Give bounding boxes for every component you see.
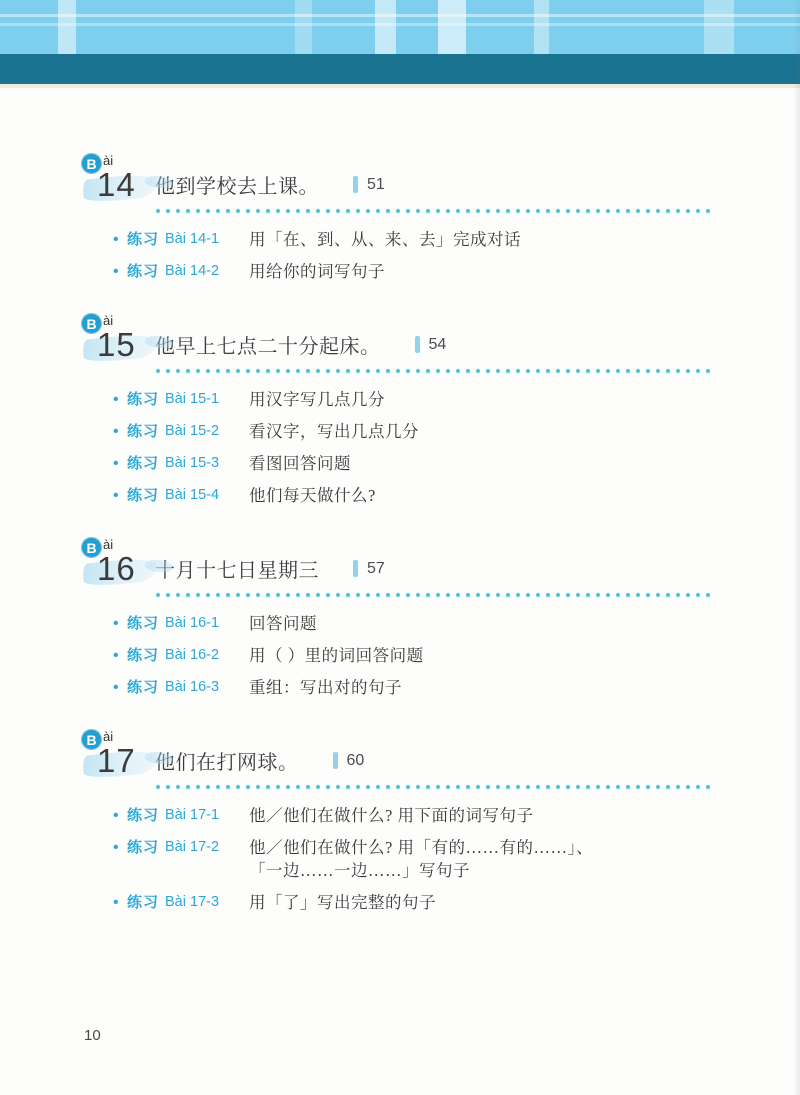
lesson-section: B ài 14 他到学校去上课。 51 • 练习 Bài 14-1 — [80, 153, 800, 283]
exercise-description: 用「了」写出完整的句子 — [249, 891, 436, 914]
exercise-label-cn: 练习 — [127, 452, 159, 475]
exercise-label-cn: 练习 — [127, 644, 159, 667]
exercise-item: • 练习 Bài 15-2 看汉字，写出几点几分 — [113, 420, 800, 443]
lesson-badge-column: B ài 14 — [80, 153, 155, 202]
toc-content: B ài 14 他到学校去上课。 51 • 练习 Bài 14-1 — [0, 88, 800, 914]
lesson-page-number: 51 — [367, 176, 385, 194]
page-marker-bar-icon — [353, 176, 358, 193]
exercise-label-cn: 练习 — [127, 804, 159, 827]
lesson-title-row: 他到学校去上课。 51 — [155, 170, 385, 202]
exercise-label-code: Bài 15-1 — [165, 388, 219, 411]
exercise-label-code: Bài 15-4 — [165, 484, 219, 507]
exercise-label-cn: 练习 — [127, 836, 159, 859]
exercise-label-cn: 练习 — [127, 484, 159, 507]
exercise-label-cn: 练习 — [127, 676, 159, 699]
lesson-number: 15 — [97, 326, 136, 363]
lesson-section: B ài 17 他们在打网球。 60 • 练习 Bài 17-1 — [80, 729, 800, 914]
exercise-description: 用「在、到、从、来、去」完成对话 — [249, 228, 521, 251]
exercise-description: 看图回答问题 — [249, 452, 351, 475]
exercise-item: • 练习 Bài 15-3 看图回答问题 — [113, 452, 800, 475]
exercise-label-cn: 练习 — [127, 891, 159, 914]
exercise-desc-line: 看汉字，写出几点几分 — [249, 420, 419, 443]
lesson-title: 他到学校去上课。 — [155, 170, 319, 199]
lesson-title: 他们在打网球。 — [155, 746, 299, 775]
exercise-label: 练习 Bài 15-2 — [127, 420, 249, 443]
bullet-icon: • — [113, 804, 127, 827]
exercise-list: • 练习 Bài 17-1 他／他们在做什么? 用下面的词写句子 • 练习 Bà… — [113, 804, 800, 914]
lesson-page-ref: 57 — [353, 560, 385, 578]
exercise-label-code: Bài 17-3 — [165, 891, 219, 914]
exercise-label: 练习 Bài 14-2 — [127, 260, 249, 283]
lesson-head: B ài 14 他到学校去上课。 51 — [80, 153, 800, 202]
exercise-description: 用给你的词写句子 — [249, 260, 385, 283]
exercise-item: • 练习 Bài 17-1 他／他们在做什么? 用下面的词写句子 — [113, 804, 800, 827]
exercise-item: • 练习 Bài 15-4 他们每天做什么? — [113, 484, 800, 507]
exercise-item: • 练习 Bài 16-2 用（ ）里的词回答问题 — [113, 644, 800, 667]
dotted-separator — [155, 784, 711, 790]
lesson-page-ref: 54 — [415, 336, 447, 354]
exercise-label: 练习 Bài 17-2 — [127, 836, 249, 859]
exercise-label: 练习 Bài 17-1 — [127, 804, 249, 827]
bullet-icon: • — [113, 452, 127, 475]
exercise-description: 他／他们在做什么? 用下面的词写句子 — [249, 804, 533, 827]
exercise-description: 重组：写出对的句子 — [249, 676, 402, 699]
lesson-title-row: 他们在打网球。 60 — [155, 746, 364, 778]
exercise-item: • 练习 Bài 15-1 用汉字写几点几分 — [113, 388, 800, 411]
lesson-head: B ài 15 他早上七点二十分起床。 54 — [80, 313, 800, 362]
lesson-page-number: 60 — [347, 752, 365, 770]
dotted-separator — [155, 208, 711, 214]
exercise-label: 练习 Bài 17-3 — [127, 891, 249, 914]
lesson-page-number: 57 — [367, 560, 385, 578]
page-marker-bar-icon — [333, 752, 338, 769]
dotted-separator — [155, 592, 711, 598]
exercise-description: 用汉字写几点几分 — [249, 388, 385, 411]
exercise-item: • 练习 Bài 17-3 用「了」写出完整的句子 — [113, 891, 800, 914]
exercise-description: 回答问题 — [249, 612, 317, 635]
lesson-page-ref: 60 — [333, 752, 365, 770]
exercise-label-cn: 练习 — [127, 388, 159, 411]
lesson-number: 16 — [97, 550, 136, 587]
bullet-icon: • — [113, 612, 127, 635]
page-marker-bar-icon — [353, 560, 358, 577]
exercise-desc-line: 用（ ）里的词回答问题 — [249, 644, 424, 667]
exercise-desc-line: 用给你的词写句子 — [249, 260, 385, 283]
lesson-section: B ài 15 他早上七点二十分起床。 54 • 练习 Bài 15- — [80, 313, 800, 507]
exercise-desc-line: 重组：写出对的句子 — [249, 676, 402, 699]
exercise-desc-line: 看图回答问题 — [249, 452, 351, 475]
exercise-label: 练习 Bài 15-3 — [127, 452, 249, 475]
lesson-section: B ài 16 十月十七日星期三 57 • 练习 Bài 16-1 — [80, 537, 800, 699]
lesson-number-wrap: 14 — [97, 168, 155, 202]
lesson-title: 他早上七点二十分起床。 — [155, 330, 381, 359]
exercise-label-code: Bài 16-2 — [165, 644, 219, 667]
page-marker-bar-icon — [415, 336, 420, 353]
exercise-description: 看汉字，写出几点几分 — [249, 420, 419, 443]
bullet-icon: • — [113, 676, 127, 699]
exercise-label-code: Bài 14-1 — [165, 228, 219, 251]
exercise-label-cn: 练习 — [127, 228, 159, 251]
lesson-head: B ài 17 他们在打网球。 60 — [80, 729, 800, 778]
lesson-number: 17 — [97, 742, 136, 779]
bullet-icon: • — [113, 420, 127, 443]
lesson-head: B ài 16 十月十七日星期三 57 — [80, 537, 800, 586]
exercise-item: • 练习 Bài 14-2 用给你的词写句子 — [113, 260, 800, 283]
lesson-badge-column: B ài 17 — [80, 729, 155, 778]
lesson-title-row: 十月十七日星期三 57 — [155, 554, 385, 586]
bullet-icon: • — [113, 484, 127, 507]
lesson-page-ref: 51 — [353, 176, 385, 194]
exercise-list: • 练习 Bài 16-1 回答问题 • 练习 Bài 16-2 用（ ）里的词… — [113, 612, 800, 699]
bullet-icon: • — [113, 388, 127, 411]
exercise-label: 练习 Bài 15-4 — [127, 484, 249, 507]
exercise-item: • 练习 Bài 16-3 重组：写出对的句子 — [113, 676, 800, 699]
exercise-list: • 练习 Bài 15-1 用汉字写几点几分 • 练习 Bài 15-2 看汉字… — [113, 388, 800, 507]
exercise-label-cn: 练习 — [127, 420, 159, 443]
exercise-description: 用（ ）里的词回答问题 — [249, 644, 424, 667]
exercise-label-code: Bài 15-2 — [165, 420, 219, 443]
exercise-label-code: Bài 15-3 — [165, 452, 219, 475]
lesson-title-row: 他早上七点二十分起床。 54 — [155, 330, 446, 362]
exercise-label: 练习 Bài 14-1 — [127, 228, 249, 251]
bullet-icon: • — [113, 891, 127, 914]
lesson-number-wrap: 15 — [97, 328, 155, 362]
exercise-item: • 练习 Bài 14-1 用「在、到、从、来、去」完成对话 — [113, 228, 800, 251]
bullet-icon: • — [113, 228, 127, 251]
exercise-item: • 练习 Bài 17-2 他／他们在做什么? 用「有的……有的……」、「一边…… — [113, 836, 800, 882]
header-plaid-band — [0, 0, 800, 54]
exercise-label-code: Bài 16-3 — [165, 676, 219, 699]
exercise-label-code: Bài 16-1 — [165, 612, 219, 635]
lesson-number-wrap: 17 — [97, 744, 155, 778]
exercise-label-code: Bài 17-2 — [165, 836, 219, 859]
exercise-description: 他们每天做什么? — [249, 484, 376, 507]
exercise-label: 练习 Bài 16-3 — [127, 676, 249, 699]
exercise-label-code: Bài 14-2 — [165, 260, 219, 283]
lesson-list: B ài 14 他到学校去上课。 51 • 练习 Bài 14-1 — [80, 153, 800, 914]
header-teal-band — [0, 54, 800, 84]
lesson-badge-column: B ài 15 — [80, 313, 155, 362]
exercise-label: 练习 Bài 16-1 — [127, 612, 249, 635]
lesson-title: 十月十七日星期三 — [155, 554, 319, 583]
exercise-desc-line: 他／他们在做什么? 用下面的词写句子 — [249, 804, 533, 827]
bullet-icon: • — [113, 836, 127, 859]
lesson-page-number: 54 — [429, 336, 447, 354]
exercise-desc-line: 用「在、到、从、来、去」完成对话 — [249, 228, 521, 251]
exercise-list: • 练习 Bài 14-1 用「在、到、从、来、去」完成对话 • 练习 Bài … — [113, 228, 800, 283]
exercise-desc-line: 他们每天做什么? — [249, 484, 376, 507]
exercise-desc-line: 回答问题 — [249, 612, 317, 635]
exercise-item: • 练习 Bài 16-1 回答问题 — [113, 612, 800, 635]
exercise-label: 练习 Bài 16-2 — [127, 644, 249, 667]
exercise-label: 练习 Bài 15-1 — [127, 388, 249, 411]
exercise-label-cn: 练习 — [127, 260, 159, 283]
exercise-desc-line: 「一边……一边……」写句子 — [249, 859, 593, 882]
exercise-label-code: Bài 17-1 — [165, 804, 219, 827]
lesson-number: 14 — [97, 166, 136, 203]
page-header — [0, 0, 800, 88]
exercise-description: 他／他们在做什么? 用「有的……有的……」、「一边……一边……」写句子 — [249, 836, 593, 882]
exercise-desc-line: 他／他们在做什么? 用「有的……有的……」、 — [249, 836, 593, 859]
exercise-desc-line: 用「了」写出完整的句子 — [249, 891, 436, 914]
exercise-label-cn: 练习 — [127, 612, 159, 635]
lesson-number-wrap: 16 — [97, 552, 155, 586]
bullet-icon: • — [113, 260, 127, 283]
dotted-separator — [155, 368, 711, 374]
page-number: 10 — [84, 1027, 101, 1044]
lesson-badge-column: B ài 16 — [80, 537, 155, 586]
exercise-desc-line: 用汉字写几点几分 — [249, 388, 385, 411]
bullet-icon: • — [113, 644, 127, 667]
